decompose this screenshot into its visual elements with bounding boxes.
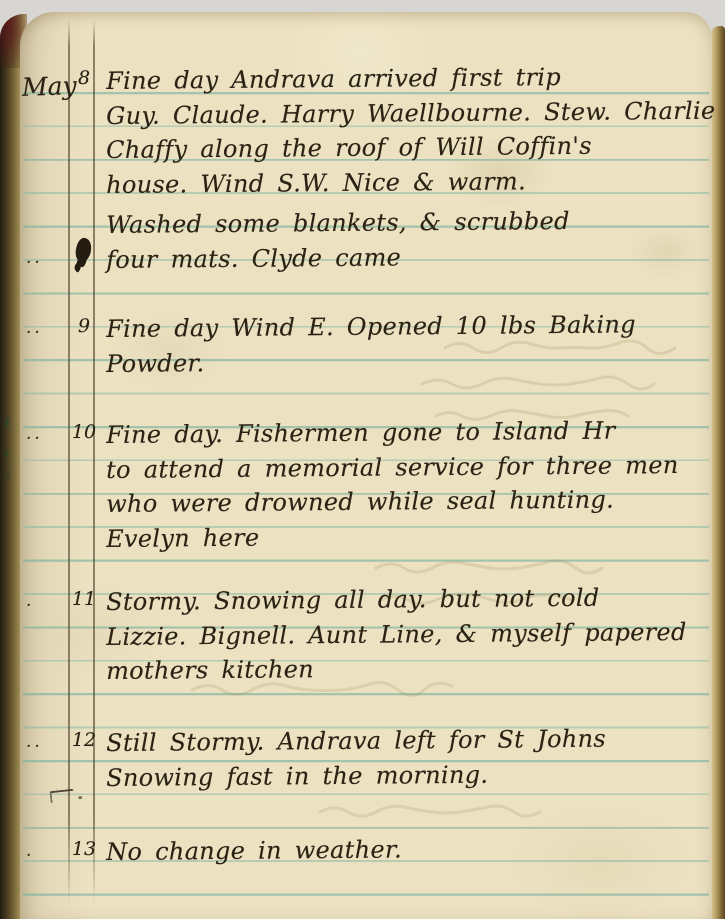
diary-line: Washed some blankets, & scrubbed — [106, 203, 704, 243]
diary-line: four mats. Clyde came — [106, 237, 704, 277]
diary-line: Snowing fast in the morning. — [106, 755, 704, 795]
day-number: 8 — [70, 67, 98, 89]
diary-page: May 8 Fine day Andrava arrived first tri… — [20, 12, 712, 919]
diary-line: Chaffy along the roof of Will Coffin's — [106, 128, 704, 168]
day-number: 10 — [70, 421, 98, 443]
ditto-mark: .. — [26, 248, 62, 268]
diary-line: Fine day Andrava arrived first trip — [106, 59, 704, 99]
day-number: 13 — [70, 838, 98, 860]
month-label: May — [22, 71, 73, 102]
diary-line: Evelyn here — [106, 516, 704, 556]
pencil-mark — [49, 789, 74, 803]
ditto-mark: .. — [26, 424, 62, 444]
ditto-mark: .. — [26, 732, 62, 752]
diary-line: Fine day. Fishermen gone to Island Hr — [106, 413, 704, 453]
next-page-edge — [711, 26, 725, 919]
diary-line: Powder. — [106, 341, 704, 381]
diary-line: Lizzie. Bignell. Aunt Line, & myself pap… — [106, 614, 704, 654]
ditto-mark: .. — [26, 318, 62, 338]
diary-line: Guy. Claude. Harry Waellbourne. Stew. Ch… — [106, 93, 704, 133]
diary-line: Fine day Wind E. Opened 10 lbs Baking — [106, 307, 704, 347]
day-number: 9 — [70, 315, 98, 337]
diary-line: Still Stormy. Andrava left for St Johns — [106, 721, 704, 761]
day-number: 11 — [70, 588, 98, 610]
diary-line: Stormy. Snowing all day. but not cold — [106, 580, 704, 620]
ditto-mark: . — [26, 591, 62, 611]
diary-line: mothers kitchen — [106, 649, 704, 689]
diary-photo: { "document": { "kind": "handwritten dia… — [0, 0, 725, 919]
ditto-mark: . — [26, 841, 62, 861]
diary-line: who were drowned while seal hunting. — [106, 482, 704, 522]
day-number: 12 — [70, 729, 98, 751]
diary-line: house. Wind S.W. Nice & warm. — [106, 162, 704, 202]
diary-line: to attend a memorial service for three m… — [106, 447, 704, 487]
diary-line: No change in weather. — [106, 830, 704, 870]
